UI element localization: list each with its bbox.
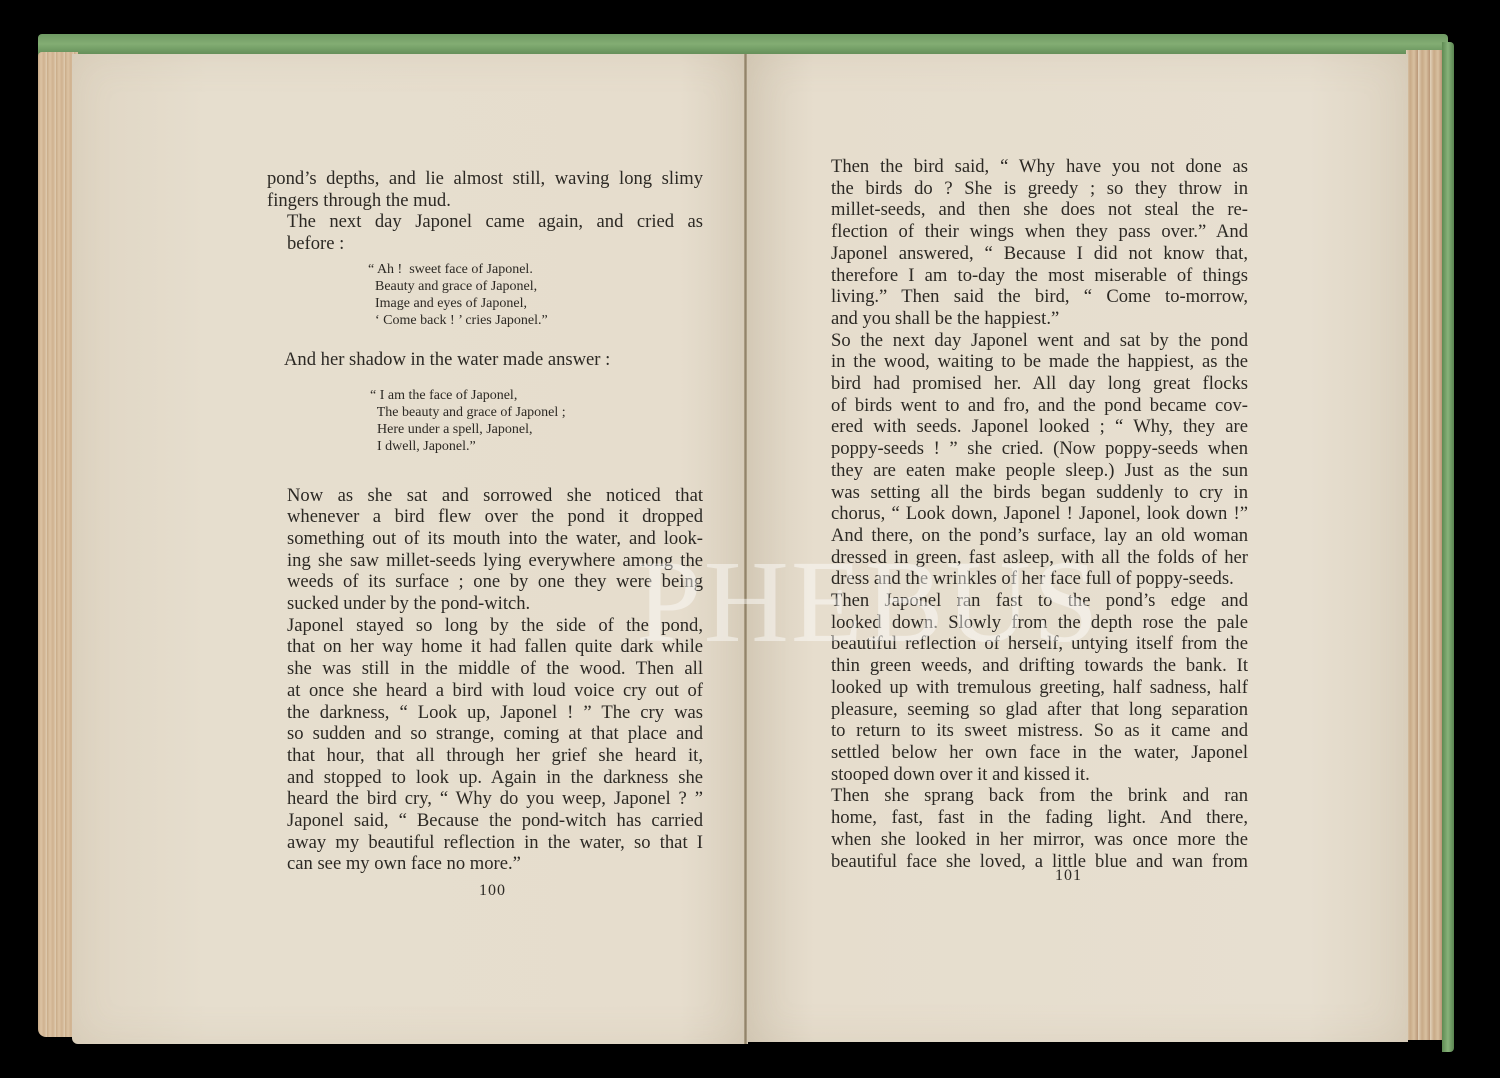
text-line: whenever a bird flew over the pond it dr… (267, 506, 703, 528)
book-cover-right-edge (1442, 42, 1454, 1052)
text-line: she was still in the middle of the wood.… (267, 658, 703, 680)
text-line: sucked under by the pond-witch. (267, 593, 703, 615)
text-line: Then the bird said, “ Why have you not d… (811, 156, 1248, 178)
text-line: beautiful face she loved, a little blue … (811, 851, 1248, 873)
text-line: So the next day Japonel went and sat by … (811, 330, 1248, 352)
text-line: dress and the wrinkles of her face full … (811, 568, 1248, 590)
text-line: pond’s depths, and lie almost still, wav… (267, 168, 703, 190)
text-line: pleasure, seeming so glad after that lon… (811, 699, 1248, 721)
page-number: 101 (1055, 867, 1082, 885)
text-line: Now as she sat and sorrowed she noticed … (267, 485, 703, 507)
verse-line: “ I am the face of Japonel, (370, 388, 517, 403)
text-line: Japonel said, “ Because the pond-witch h… (267, 810, 703, 832)
paragraph: Then Japonel ran fast to the pond’s edge… (811, 590, 1248, 785)
paragraph: Then she sprang back from the brink and … (811, 785, 1248, 872)
text-line: something out of its mouth into the wate… (267, 528, 703, 550)
text-line: the darkness, “ Look up, Japonel ! ” The… (267, 702, 703, 724)
text-line: living.” Then said the bird, “ Come to-m… (811, 286, 1248, 308)
text-line: ered with seeds. Japonel looked ; “ Why,… (811, 416, 1248, 438)
text-line: The next day Japonel came again, and cri… (267, 211, 703, 233)
text-line: millet-seeds, and then she does not stea… (811, 199, 1248, 221)
text-line: looked down. Slowly from the depth rose … (811, 612, 1248, 634)
text-line: thin green weeds, and drifting towards t… (811, 655, 1248, 677)
lead-line: And her shadow in the water made answer … (267, 349, 703, 371)
left-page-text: pond’s depths, and lie almost still, wav… (267, 168, 703, 875)
text-line: heard the bird cry, “ Why do you weep, J… (267, 788, 703, 810)
text-line: home, fast, fast in the fading light. An… (811, 807, 1248, 829)
text-line: the birds do ? She is greedy ; so they t… (811, 178, 1248, 200)
text-line: stooped down over it and kissed it. (811, 764, 1248, 786)
verse-line: “ Ah ! sweet face of Japonel. (368, 262, 533, 277)
paragraph: The next day Japonel came again, and cri… (267, 211, 703, 254)
right-page-text: Then the bird said, “ Why have you not d… (811, 156, 1248, 872)
verse-line: ‘ Come back ! ’ cries Japonel.” (368, 313, 548, 328)
verse-line: I dwell, Japonel.” (370, 439, 476, 454)
text-line: beautiful reflection of herself, untying… (811, 633, 1248, 655)
text-line: was setting all the birds began suddenly… (811, 482, 1248, 504)
text-line: Japonel stayed so long by the side of th… (267, 615, 703, 637)
verse-line: The beauty and grace of Japonel ; (370, 405, 566, 420)
text-line: in the wood, waiting to be made the happ… (811, 351, 1248, 373)
text-line: chorus, “ Look down, Japonel ! Japonel, … (811, 503, 1248, 525)
text-line: settled below her own face in the water,… (811, 742, 1248, 764)
verse-block: “ Ah ! sweet face of Japonel. Beauty and… (368, 261, 703, 329)
paragraph: So the next day Japonel went and sat by … (811, 330, 1248, 590)
text-line: that on her way home it had fallen quite… (267, 636, 703, 658)
open-book: pond’s depths, and lie almost still, wav… (38, 34, 1456, 1064)
text-line: at once she heard a bird with loud voice… (267, 680, 703, 702)
text-line: looked up with tremulous greeting, half … (811, 677, 1248, 699)
verse-block: “ I am the face of Japonel, The beauty a… (370, 387, 703, 455)
text-line: Japonel answered, “ Because I did not kn… (811, 243, 1248, 265)
paragraph: Japonel stayed so long by the side of th… (267, 615, 703, 875)
text-line: before : (267, 233, 703, 255)
page-stack-right (1406, 50, 1442, 1040)
text-line: fingers through the mud. (267, 190, 703, 212)
verse-line: Here under a spell, Japonel, (370, 422, 533, 437)
verse-line: Beauty and grace of Japonel, (368, 279, 537, 294)
left-page: pond’s depths, and lie almost still, wav… (72, 54, 748, 1044)
text-line: flection of their wings when they pass o… (811, 221, 1248, 243)
text-line: when she looked in her mirror, was once … (811, 829, 1248, 851)
text-line: poppy-seeds ! ” she cried. (Now poppy-se… (811, 438, 1248, 460)
text-line: dressed in green, fast asleep, with all … (811, 547, 1248, 569)
text-line: Then Japonel ran fast to the pond’s edge… (811, 590, 1248, 612)
paragraph: Now as she sat and sorrowed she noticed … (267, 485, 703, 615)
text-line: Then she sprang back from the brink and … (811, 785, 1248, 807)
book-cover-top-edge (38, 34, 1448, 56)
paragraph: Then the bird said, “ Why have you not d… (811, 156, 1248, 330)
page-number: 100 (479, 882, 506, 900)
text-line: they are eaten make people sleep.) Just … (811, 460, 1248, 482)
text-line: so sudden and so strange, coming at that… (267, 723, 703, 745)
text-line: ing she saw millet-seeds lying everywher… (267, 550, 703, 572)
text-line: And there, on the pond’s surface, lay an… (811, 525, 1248, 547)
text-line: to return to its sweet mistress. So as i… (811, 720, 1248, 742)
text-line: that hour, that all through her grief sh… (267, 745, 703, 767)
text-line: bird had promised her. All day long grea… (811, 373, 1248, 395)
text-line: and you shall be the happiest.” (811, 308, 1248, 330)
book-gutter (744, 54, 747, 1044)
text-line: and stopped to look up. Again in the dar… (267, 767, 703, 789)
text-line: away my beautiful reflection in the wate… (267, 832, 703, 854)
right-page: Then the bird said, “ Why have you not d… (748, 54, 1408, 1042)
verse-line: Image and eyes of Japonel, (368, 296, 527, 311)
text-line: can see my own face no more.” (267, 853, 703, 875)
text-line: of birds went to and fro, and the pond b… (811, 395, 1248, 417)
text-line: weeds of its surface ; one by one they w… (267, 571, 703, 593)
text-line: therefore I am to-day the most miserable… (811, 265, 1248, 287)
paragraph: pond’s depths, and lie almost still, wav… (267, 168, 703, 211)
